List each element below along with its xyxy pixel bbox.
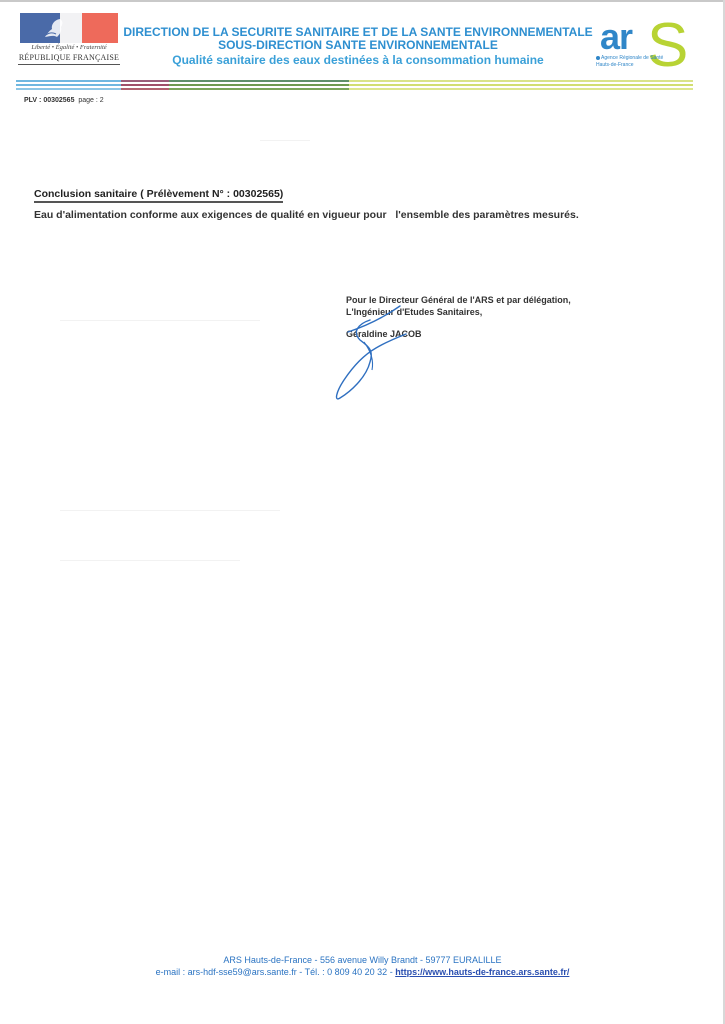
republic-label: RÉPUBLIQUE FRANÇAISE [18,53,120,65]
header-title-direction: DIRECTION DE LA SECURITE SANITAIRE ET DE… [118,25,598,39]
bleed-through-mark [60,560,240,561]
handwritten-signature-icon [330,300,450,410]
conclusion-text: Eau d'alimentation conforme aux exigence… [34,209,579,221]
footer-website-link[interactable]: https://www.hauts-de-france.ars.sante.fr… [395,967,569,977]
footer-email-phone: e-mail : ars-hdf-sse59@ars.sante.fr - Té… [156,967,396,977]
scan-top-edge [0,0,725,2]
page-label: page : [78,97,97,104]
republic-motto: Liberté • Égalité • Fraternité [18,44,120,51]
ars-logo-ar: ar [600,16,632,58]
sample-reference: PLV : 00302565 page : 2 [24,97,104,104]
tricolor-flag-icon [20,13,118,43]
bleed-through-mark [260,140,310,141]
ars-logo-subtitle-region: Hauts-de-France [596,62,634,68]
ars-logo-subtitle-agency: Agence Régionale de Santé [596,55,663,61]
ars-logo-s: S [647,10,688,81]
footer-contact: e-mail : ars-hdf-sse59@ars.sante.fr - Té… [0,967,725,977]
conclusion-title: Conclusion sanitaire ( Prélèvement N° : … [34,188,283,203]
marianne-logo: Liberté • Égalité • Fraternité RÉPUBLIQU… [18,13,118,65]
header-title-subdirection: SOUS-DIRECTION SANTE ENVIRONNEMENTALE [118,38,598,52]
page-number: 2 [100,97,104,104]
plv-number: 00302565 [43,97,74,104]
plv-label: PLV : [24,97,41,104]
ars-dot-icon [596,56,600,60]
footer-address: ARS Hauts-de-France - 556 avenue Willy B… [0,955,725,965]
header-title-water-quality: Qualité sanitaire des eaux destinées à l… [118,53,598,67]
ars-logo: ar S Agence Régionale de Santé Hauts-de-… [592,20,692,78]
marianne-profile-icon [42,17,72,41]
bleed-through-mark [60,320,260,321]
bleed-through-mark [60,510,280,511]
